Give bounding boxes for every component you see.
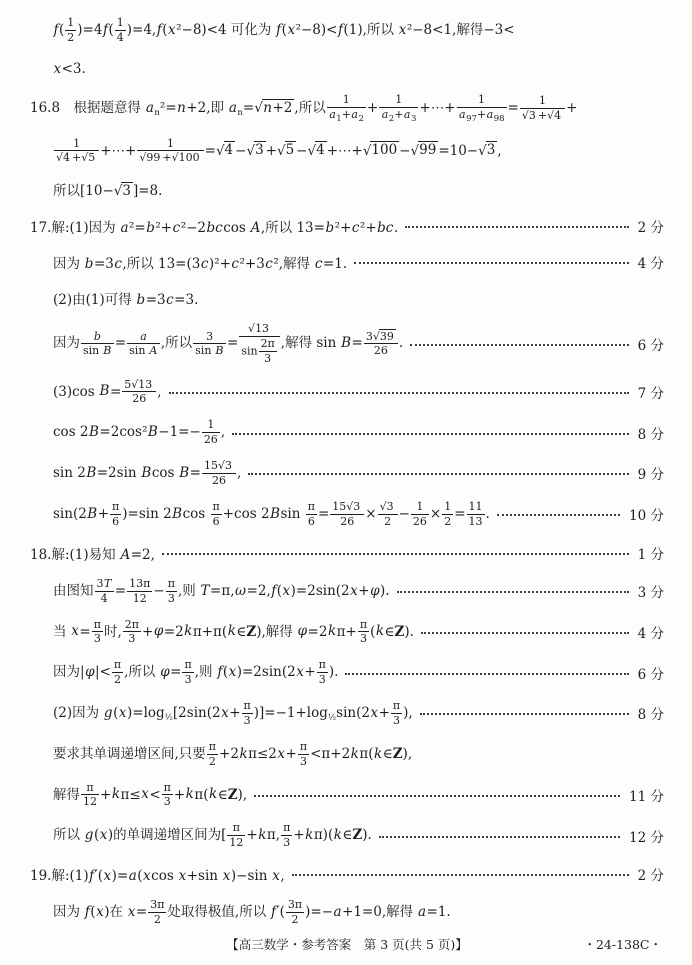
fraction: π3 xyxy=(182,658,193,687)
dotted-leader xyxy=(345,673,628,675)
solution-line-text: 17.解:(1)因为 a²=b²+c²−2bccos A,所以 13=b²+c²… xyxy=(30,216,398,236)
solution-line: f(12)=4f(14)=4,f(x²−8)<4 可化为 f(x²−8)<f(1… xyxy=(30,16,664,45)
solution-line-text: cos 2B=2cos²B−1=−126, xyxy=(53,418,225,447)
dotted-leader xyxy=(254,795,620,797)
solution-line-text: (2)由(1)可得 b=3c=3. xyxy=(53,288,198,308)
score-label: 3 分 xyxy=(638,581,664,601)
solution-lines-container: f(12)=4f(14)=4,f(x²−8)<4 可化为 f(x²−8)<f(1… xyxy=(30,16,664,927)
score-label: 12 分 xyxy=(629,826,664,846)
solution-line: 由图知3T4=13π12−π3,则 T=π,ω=2,f(x)=2sin(2x+φ… xyxy=(30,577,664,606)
score-label: 10 分 xyxy=(629,504,664,524)
fraction: 1a1+a2 xyxy=(327,93,366,124)
solution-line-text: 当 x=π3时,2π3+φ=2kπ+π(k∈Z),解得 φ=2kπ+π3(k∈Z… xyxy=(53,618,414,647)
solution-line: (3)cos B=5√1326,7 分 xyxy=(30,378,664,407)
dotted-leader xyxy=(292,874,629,876)
solution-line-text: 解得π12+kπ≤x<π3+kπ(k∈Z), xyxy=(53,781,247,810)
solution-line-text: (2)因为 g(x)=log½[2sin(2x+π3)]=−1+log½sin(… xyxy=(53,699,413,728)
fraction: 14 xyxy=(115,16,126,45)
fraction: 3π2 xyxy=(148,898,166,927)
fraction: 1a97+a98 xyxy=(457,93,507,124)
solution-line-text: 因为bsin B=asin A,所以3sin B=√13sin2π3,解得 si… xyxy=(53,322,403,365)
fraction: 12 xyxy=(442,500,453,529)
dotted-leader xyxy=(420,713,629,715)
solution-line-text: 因为|φ|<π2,所以 φ=π3,则 f(x)=2sin(2x+π3). xyxy=(53,658,338,687)
square-root: √99 xyxy=(411,141,439,158)
fraction: 1113 xyxy=(467,500,485,529)
solution-line: 16.8 根据题意得 an²=n+2,即 an=√n+2,所以1a1+a2+1a… xyxy=(30,93,664,124)
solution-line: x<3. xyxy=(30,57,664,81)
dotted-leader xyxy=(410,344,628,346)
dotted-leader xyxy=(354,262,628,264)
score-label: 2 分 xyxy=(638,864,664,884)
dotted-leader xyxy=(232,433,629,435)
score-label: 6 分 xyxy=(638,334,664,354)
square-root: √5 xyxy=(277,141,296,158)
answer-sheet-page: f(12)=4f(14)=4,f(x²−8)<4 可化为 f(x²−8)<f(1… xyxy=(0,0,692,965)
fraction: π12 xyxy=(227,821,245,850)
score-label: 9 分 xyxy=(638,463,664,483)
fraction: π3 xyxy=(358,618,369,647)
fraction: π3 xyxy=(242,699,253,728)
solution-line: sin(2B+π6)=sin 2Bcos π6+cos 2Bsin π6=15√… xyxy=(30,500,664,529)
square-root: √n+2 xyxy=(254,99,294,116)
fraction: π3 xyxy=(162,781,173,810)
square-root: √3 xyxy=(522,108,538,122)
solution-line: 因为bsin B=asin A,所以3sin B=√13sin2π3,解得 si… xyxy=(30,322,664,365)
fraction: 15√326 xyxy=(330,500,364,529)
fraction: π12 xyxy=(81,781,99,810)
square-root: √39 xyxy=(373,329,396,343)
fraction: π3 xyxy=(281,821,292,850)
solution-line-text: 1√4+√5+⋯+1√99+√100=√4−√3+√5−√4+⋯+√100−√9… xyxy=(53,137,502,166)
fraction: 1√99+√100 xyxy=(137,137,203,166)
square-root: √4 xyxy=(216,141,235,158)
square-root: √3 xyxy=(114,182,133,199)
score-label: 1 分 xyxy=(638,543,664,563)
square-root: √5 xyxy=(81,150,97,164)
score-label: 6 分 xyxy=(638,663,664,683)
fraction: √13sin2π3 xyxy=(239,322,279,365)
fraction: π3 xyxy=(298,740,309,769)
square-root: √4 xyxy=(307,141,326,158)
dotted-leader xyxy=(421,632,629,634)
solution-line: 因为 b=3c,所以 13=(3c)²+c²+3c²,解得 c=1.4 分 xyxy=(30,250,664,274)
solution-line-text: 要求其单调递增区间,只要π2+2kπ≤2x+π3<π+2kπ(k∈Z), xyxy=(53,740,412,769)
score-label: 2 分 xyxy=(638,216,664,236)
fraction: π2 xyxy=(207,740,218,769)
fraction: 3sin B xyxy=(193,330,226,359)
square-root: √3 xyxy=(380,500,396,513)
solution-line-text: (3)cos B=5√1326, xyxy=(53,378,162,407)
score-label: 4 分 xyxy=(638,252,664,272)
fraction: 2π3 xyxy=(259,337,277,366)
square-root: √3 xyxy=(246,141,265,158)
square-root: √3 xyxy=(478,141,497,158)
solution-line-text: 因为 b=3c,所以 13=(3c)²+c²+3c²,解得 c=1. xyxy=(53,252,347,272)
fraction: π3 xyxy=(391,699,402,728)
fraction: 13π12 xyxy=(127,577,152,606)
square-root: √100 xyxy=(172,150,202,164)
footer-title-page-number: 【高三数学・参考答案 第 3 页(共 5 页)】 xyxy=(226,937,468,952)
dotted-leader xyxy=(397,591,629,593)
solution-line-text: 所以[10−√3]=8. xyxy=(53,179,162,199)
solution-line: 18.解:(1)易知 A=2,1 分 xyxy=(30,541,664,565)
fraction: √32 xyxy=(378,500,398,529)
square-root: √13 xyxy=(131,378,154,391)
solution-line: 要求其单调递增区间,只要π2+2kπ≤2x+π3<π+2kπ(k∈Z), xyxy=(30,740,664,769)
fraction: π2 xyxy=(112,658,123,687)
solution-line: 所以[10−√3]=8. xyxy=(30,177,664,201)
fraction: π3 xyxy=(166,577,177,606)
solution-line: 因为 f(x)在 x=3π2处取得极值,所以 f′(3π2)=−a+1=0,解得… xyxy=(30,898,664,927)
fraction: 2π3 xyxy=(123,618,141,647)
fraction: π6 xyxy=(110,500,121,529)
solution-line: 17.解:(1)因为 a²=b²+c²−2bccos A,所以 13=b²+c²… xyxy=(30,214,664,238)
solution-line-text: sin(2B+π6)=sin 2Bcos π6+cos 2Bsin π6=15√… xyxy=(53,500,490,529)
page-footer: 【高三数学・参考答案 第 3 页(共 5 页)】 ・24-138C・ xyxy=(30,927,664,959)
dotted-leader xyxy=(405,226,628,228)
dotted-leader xyxy=(379,836,620,838)
square-root: √4 xyxy=(547,108,563,122)
solution-line: 所以 g(x)的单调递增区间为[π12+kπ,π3+kπ)(k∈Z).12 分 xyxy=(30,821,664,850)
dotted-leader xyxy=(169,392,629,394)
solution-line: 19.解:(1)f′(x)=a(xcos x+sin x)−sin x,2 分 xyxy=(30,862,664,886)
square-root: √4 xyxy=(56,150,72,164)
score-label: 7 分 xyxy=(638,382,664,402)
paper-code: ・24-138C・ xyxy=(583,935,662,953)
solution-line: 1√4+√5+⋯+1√99+√100=√4−√3+√5−√4+⋯+√100−√9… xyxy=(30,137,664,166)
solution-line-text: 所以 g(x)的单调递增区间为[π12+kπ,π3+kπ)(k∈Z). xyxy=(53,821,372,850)
fraction: 126 xyxy=(202,418,220,447)
fraction: 15√326 xyxy=(202,459,236,488)
dotted-leader xyxy=(497,514,620,516)
solution-line: sin 2B=2sin Bcos B=15√326,9 分 xyxy=(30,459,664,488)
solution-line: 当 x=π3时,2π3+φ=2kπ+π(k∈Z),解得 φ=2kπ+π3(k∈Z… xyxy=(30,618,664,647)
solution-line: (2)由(1)可得 b=3c=3. xyxy=(30,286,664,310)
square-root: √13 xyxy=(248,322,271,335)
fraction: asin A xyxy=(127,330,160,359)
fraction: π6 xyxy=(211,500,222,529)
score-label: 8 分 xyxy=(638,703,664,723)
fraction: 1√3+√4 xyxy=(520,94,565,123)
solution-line: (2)因为 g(x)=log½[2sin(2x+π3)]=−1+log½sin(… xyxy=(30,699,664,728)
fraction: π6 xyxy=(306,500,317,529)
solution-line-text: 16.8 根据题意得 an²=n+2,即 an=√n+2,所以1a1+a2+1a… xyxy=(30,93,577,124)
solution-line-text: 由图知3T4=13π12−π3,则 T=π,ω=2,f(x)=2sin(2x+φ… xyxy=(53,577,390,606)
square-root: √3 xyxy=(218,459,234,472)
score-label: 11 分 xyxy=(629,785,664,805)
fraction: 3π2 xyxy=(286,898,304,927)
score-label: 4 分 xyxy=(638,622,664,642)
solution-line-text: 19.解:(1)f′(x)=a(xcos x+sin x)−sin x, xyxy=(30,864,285,884)
fraction: 3T4 xyxy=(95,577,114,606)
fraction: 1√4+√5 xyxy=(54,137,99,166)
solution-line-text: 因为 f(x)在 x=3π2处取得极值,所以 f′(3π2)=−a+1=0,解得… xyxy=(53,898,451,927)
fraction: π3 xyxy=(92,618,103,647)
solution-line-text: 18.解:(1)易知 A=2, xyxy=(30,543,155,563)
fraction: bsin B xyxy=(81,330,114,359)
dotted-leader xyxy=(248,473,628,475)
solution-line: 因为|φ|<π2,所以 φ=π3,则 f(x)=2sin(2x+π3).6 分 xyxy=(30,658,664,687)
solution-line-text: sin 2B=2sin Bcos B=15√326, xyxy=(53,459,241,488)
fraction: 12 xyxy=(65,16,76,45)
solution-line: 解得π12+kπ≤x<π3+kπ(k∈Z),11 分 xyxy=(30,781,664,810)
fraction: 1a2+a3 xyxy=(379,93,418,124)
fraction: π3 xyxy=(317,658,328,687)
dotted-leader xyxy=(162,553,629,555)
square-root: √99 xyxy=(139,150,162,164)
solution-line: cos 2B=2cos²B−1=−126,8 分 xyxy=(30,418,664,447)
fraction: 3√3926 xyxy=(364,330,398,359)
score-label: 8 分 xyxy=(638,423,664,443)
square-root: √100 xyxy=(363,141,399,158)
fraction: 5√1326 xyxy=(122,378,156,407)
solution-line-text: x<3. xyxy=(53,61,86,77)
fraction: 126 xyxy=(411,500,429,529)
square-root: √3 xyxy=(346,500,362,513)
solution-line-text: f(12)=4f(14)=4,f(x²−8)<4 可化为 f(x²−8)<f(1… xyxy=(53,16,515,45)
